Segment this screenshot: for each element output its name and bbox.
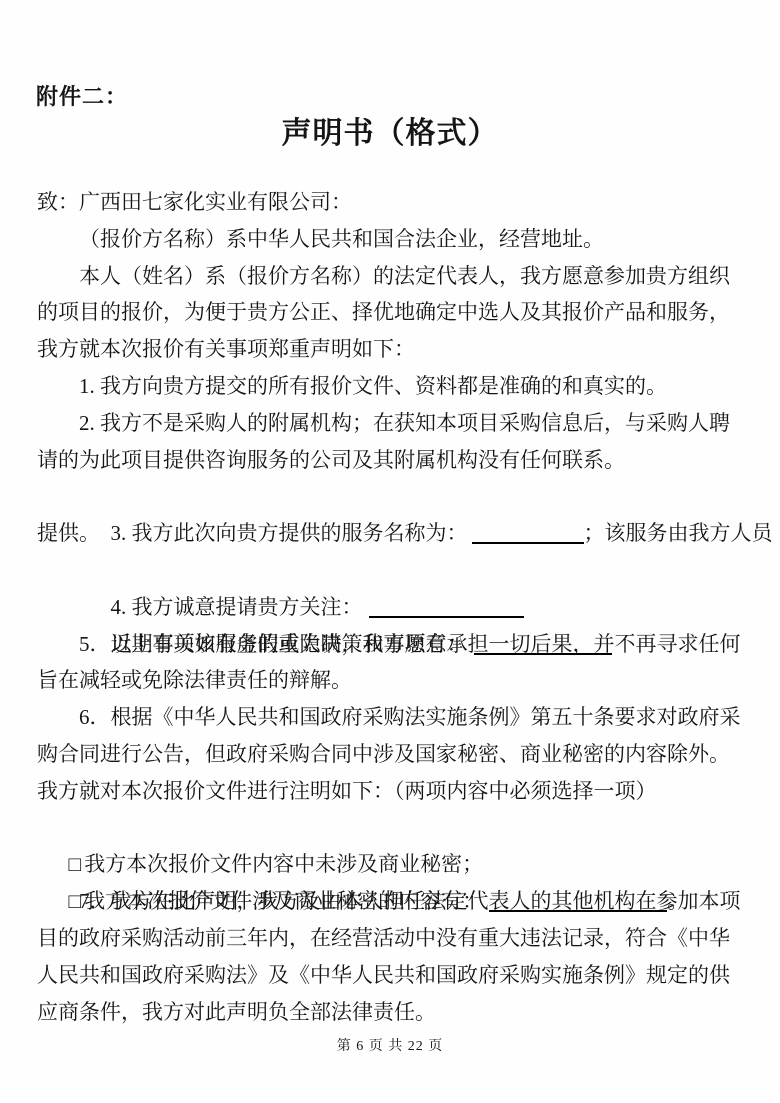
text-segment: 我方本次报价文件内容中未涉及商业秘密； [84, 852, 483, 876]
text-line: 目的政府采购活动前三年内，在经营活动中没有重大违法记录，符合《中华 [37, 920, 747, 957]
attention-blank-field[interactable] [369, 595, 524, 618]
item-5-line: 5．以上事项如有虚假或隐瞒，我方愿意承担一切后果，并不再寻求任何 [37, 626, 747, 663]
text-line: 购合同进行公告，但政府采购合同中涉及国家秘密、商业秘密的内容除外。 [37, 736, 747, 773]
text-segment: ；该服务由我方人员 [584, 521, 773, 545]
item-7-line: 7．我方在此声明，我方及由本人担任法定代表人的其他机构在参加本项 [37, 883, 747, 920]
text-segment: 3. 我方此次向贵方提供的服务名称为： [111, 521, 468, 545]
document-page: 附件二： 声明书（格式） 致：广西田七家化实业有限公司： （报价方名称）系中华人… [0, 0, 780, 1103]
text-line: 的项目的报价，为便于贵方公正、择优地确定中选人及其报价产品和服务， [37, 294, 747, 331]
document-body: 致：广西田七家化实业有限公司： （报价方名称）系中华人民共和国合法企业，经营地址… [37, 184, 747, 1030]
item-1-line: 1. 我方向贵方提交的所有报价文件、资料都是准确的和真实的。 [37, 368, 747, 405]
document-title: 声明书（格式） [0, 108, 780, 152]
item-4-line: 4. 我方诚意提请贵方关注： [37, 552, 747, 589]
text-line: 本人（姓名）系（报价方名称）的法定代表人，我方愿意参加贵方组织 [37, 258, 747, 295]
text-line: （报价方名称）系中华人民共和国合法企业，经营地址。 [37, 221, 747, 258]
service-name-blank-field[interactable] [472, 521, 584, 544]
text-line: 人民共和国政府采购法》及《中华人民共和国政府采购实施条例》规定的供 [37, 957, 747, 994]
attachment-label: 附件二： [36, 80, 128, 111]
text-segment: 4. 我方诚意提请贵方关注： [111, 595, 363, 619]
text-line: 我方就对本次报价文件进行注明如下：（两项内容中必须选择一项） [37, 773, 747, 810]
page-number-footer: 第 6 页 共 22 页 [0, 1035, 780, 1055]
text-line: 我方就本次报价有关事项郑重声明如下： [37, 331, 747, 368]
checkbox-icon[interactable]: □ [69, 846, 82, 883]
text-line: 应商条件，我方对此声明负全部法律责任。 [37, 994, 747, 1031]
text-line: 请的为此项目提供咨询服务的公司及其附属机构没有任何联系。 [37, 442, 747, 479]
checkbox-option-1-line: □我方本次报价文件内容中未涉及商业秘密； [37, 810, 747, 847]
item-6-line: 6．根据《中华人民共和国政府采购法实施条例》第五十条要求对政府采 [37, 699, 747, 736]
text-line: 旨在减轻或免除法律责任的辩解。 [37, 662, 747, 699]
salutation-line: 致：广西田七家化实业有限公司： [37, 184, 747, 221]
item-3-line: 3. 我方此次向贵方提供的服务名称为：；该服务由我方人员 [37, 478, 747, 515]
item-2-line: 2. 我方不是采购人的附属机构；在获知本项目采购信息后，与采购人聘 [37, 405, 747, 442]
